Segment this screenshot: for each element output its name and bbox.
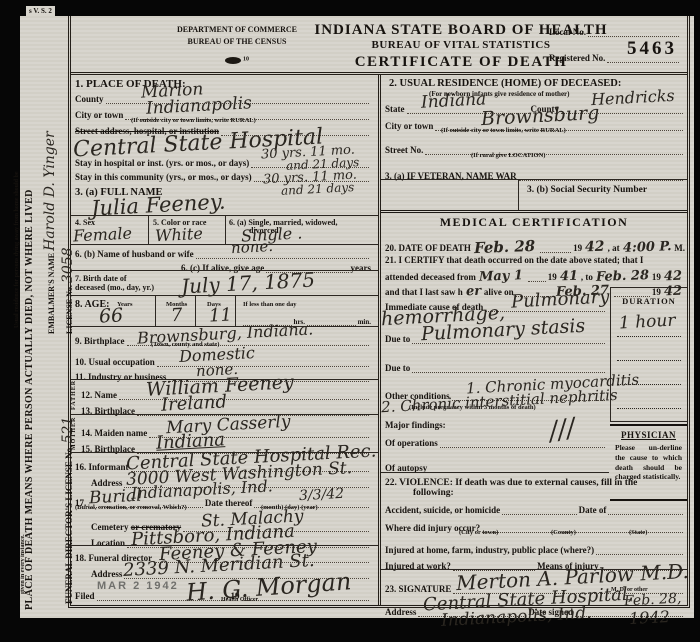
attended-from-blank xyxy=(528,279,546,282)
injury-city-caption: (City or town) xyxy=(459,529,498,536)
form-header: DEPARTMENT OF COMMERCE BUREAU OF THE CEN… xyxy=(71,16,687,75)
date-of-death-label: 20. DATE OF DEATH xyxy=(385,244,471,253)
union-bug-number: 10 xyxy=(243,57,249,63)
registered-no-value: 5463 xyxy=(627,38,677,60)
county-label: County xyxy=(75,95,104,104)
physician-box: PHYSICIAN Please un-derline the cause to… xyxy=(610,424,687,501)
embalmer-license-field: LICENSE No. 3058 xyxy=(60,247,76,334)
spouse-value: none. xyxy=(231,237,274,257)
date-of-death-field: 20. DATE OF DEATH Feb. 28 19 42 , at 4:0… xyxy=(385,241,685,253)
date-thereof-label: Date thereof xyxy=(205,499,253,508)
veteran-label: 3. (a) IF VETERAN, NAME WAR xyxy=(385,172,517,181)
date-of-death-19: 19 xyxy=(573,244,582,253)
injured-home-label: Injured at home, farm, industry, public … xyxy=(385,546,594,555)
accident-date-blank xyxy=(608,512,683,515)
duration-box: DURATION 1 hour xyxy=(610,287,687,422)
stay-community-label: Stay in this community (yrs., or mos., o… xyxy=(75,173,252,182)
residence-state-value: Indiana xyxy=(421,89,487,112)
attended-from-label: attended deceased from xyxy=(385,273,476,282)
age-months-value: 7 xyxy=(170,305,183,327)
injured-work-label: Injured at work? xyxy=(385,562,451,571)
date-of-death-year: 42 xyxy=(585,241,605,253)
birthdate-label-line1: 7. Birth date of xyxy=(75,274,127,283)
date-signed-value: Feb. 28, xyxy=(624,591,682,610)
embalmer-name-value: Harold D. Yinger xyxy=(42,131,58,251)
cemetery-location-label: Location xyxy=(91,539,125,548)
department-block: DEPARTMENT OF COMMERCE BUREAU OF THE CEN… xyxy=(169,24,305,66)
residence-street-blank xyxy=(425,152,683,155)
date-of-death-blank xyxy=(540,250,571,253)
major-findings-label: Major findings: xyxy=(385,420,446,430)
age-years-value: 66 xyxy=(98,304,123,327)
title-line2: BUREAU OF VITAL STATISTICS xyxy=(311,39,611,51)
residence-medical-column: 2. USUAL RESIDENCE (HOME) OF DECEASED: (… xyxy=(381,75,687,605)
registered-no-blank xyxy=(607,60,679,63)
burial-value: Burial xyxy=(89,486,143,509)
if-alive-years-label: years xyxy=(351,264,372,273)
accident-label: Accident, suicide, or homicide xyxy=(385,506,500,515)
informant-label: 16. Informant xyxy=(75,463,129,472)
date-thereof-value: 3/3/42 xyxy=(299,486,345,504)
birthplace-label: 9. Birthplace xyxy=(75,337,125,346)
certify-line1: 21. I CERTIFY that death occurred on the… xyxy=(385,255,643,265)
ssn-label: 3. (b) Social Security Number xyxy=(527,185,647,195)
duration-value: 1 hour xyxy=(619,311,676,334)
union-bug-icon xyxy=(225,57,241,64)
last-saw-label: and that I last saw h xyxy=(385,288,463,297)
injured-home-blank xyxy=(596,552,683,555)
spouse-label: 6. (b) Name of husband or wife xyxy=(75,250,194,259)
father-birthplace-value: Ireland xyxy=(160,391,227,415)
local-no-field: Local No. xyxy=(549,28,681,37)
date-of-death-m: M. xyxy=(674,244,685,253)
place-of-death-column: FATHER MOTHER 1. PLACE OF DEATH: County … xyxy=(71,75,381,605)
spouse-blank xyxy=(196,256,369,259)
physician-address-label: Address xyxy=(385,608,416,617)
form-code: s V. S. 2 xyxy=(26,6,55,16)
last-saw-alive-label: alive on xyxy=(484,288,514,297)
residence-city-label: City or town xyxy=(385,122,433,131)
mother-section-label: MOTHER xyxy=(71,417,77,450)
injury-where-blank xyxy=(482,530,683,533)
margin-place-of-death-note: PLACE OF DEATH MEANS WHERE PERSON ACTUAL… xyxy=(24,189,35,610)
attended-to-year: 42 xyxy=(664,272,682,283)
funeral-director-address-label: Address xyxy=(91,570,122,579)
last-saw-year: 42 xyxy=(664,287,682,298)
accident-date-label: Date of xyxy=(579,506,607,515)
due-to-2-field: Due to xyxy=(385,364,607,373)
physician-title: PHYSICIAN xyxy=(610,430,687,440)
accident-blank xyxy=(502,512,577,515)
residence-street-label: Street No. xyxy=(385,146,423,155)
father-name-label: 12. Name xyxy=(81,391,117,400)
spouse-field: 6. (b) Name of husband or wife xyxy=(75,250,371,259)
birthdate-label-line2: deceased (mo., day, yr.) xyxy=(75,283,154,292)
operations-blank xyxy=(440,445,605,448)
certificate-form: DEPARTMENT OF COMMERCE BUREAU OF THE CEN… xyxy=(68,16,690,608)
medical-certification-title: MEDICAL CERTIFICATION xyxy=(381,215,687,230)
father-birthplace-label: 13. Birthplace xyxy=(81,407,135,416)
last-saw-her: er xyxy=(466,287,481,298)
local-no-label: Local No. xyxy=(549,28,586,37)
attended-from-value: May 1 xyxy=(479,271,523,283)
violence-line2: following: xyxy=(413,488,454,498)
residence-street-caption: (If rural give LOCATION) xyxy=(471,152,545,159)
veteran-field: 3. (a) IF VETERAN, NAME WAR xyxy=(385,172,685,181)
scan-artifact xyxy=(0,618,700,642)
attended-to-label: , to xyxy=(581,273,593,282)
residence-state-label: State xyxy=(385,105,405,114)
date-of-death-at: , at xyxy=(608,244,620,253)
injury-state-caption: (State) xyxy=(629,529,647,536)
occupation-label: 10. Usual occupation xyxy=(75,358,155,367)
due-to-1-label: Due to xyxy=(385,335,410,344)
injury-county-caption: (County) xyxy=(551,529,576,536)
local-no-blank xyxy=(588,34,679,37)
scanned-death-certificate: s V. S. 2 Usual residence for persons dy… xyxy=(0,0,700,642)
cemetery-label: Cemetery xyxy=(91,523,128,532)
embalmer-license-label: LICENSE No. xyxy=(65,285,74,334)
operations-label: Of operations xyxy=(385,439,438,448)
department-line2: BUREAU OF THE CENSUS xyxy=(169,36,305,48)
due-to-2-label: Due to xyxy=(385,364,410,373)
embalmer-license-value: 3058 xyxy=(60,247,76,283)
age-less-header: If less than one day xyxy=(243,301,296,308)
filed-date-stamp: MAR 2 1942 xyxy=(97,580,179,592)
section2-title: 2. USUAL RESIDENCE (HOME) OF DECEASED: xyxy=(389,78,621,89)
race-value: White xyxy=(155,224,204,245)
mother-maiden-label: 14. Maiden name xyxy=(81,429,147,438)
sex-value: Female xyxy=(73,223,133,245)
funeral-director-license-label: FUNERAL DIRECTOR'S LICENSE No. xyxy=(64,446,74,604)
attended-to-value: Feb. 28 xyxy=(596,271,649,283)
scan-artifact xyxy=(694,0,700,642)
violence-line1: 22. VIOLENCE: If death was due to extern… xyxy=(385,478,637,488)
department-line1: DEPARTMENT OF COMMERCE xyxy=(169,24,305,36)
registered-no-label: Registered No. xyxy=(549,54,605,63)
injured-home-field: Injured at home, farm, industry, public … xyxy=(385,546,685,555)
stay-community-value2: and 21 days xyxy=(281,180,355,198)
operations-value: /// xyxy=(547,413,578,447)
scan-artifact xyxy=(0,0,700,16)
embalmer-name-field: EMBALMER'S NAME Harold D. Yinger xyxy=(42,131,58,334)
attended-from-19: 19 xyxy=(548,273,557,282)
date-of-death-value: Feb. 28 xyxy=(474,240,536,254)
accident-field: Accident, suicide, or homicide Date of xyxy=(385,506,685,515)
union-bug: 10 xyxy=(169,54,305,66)
attended-from-year: 41 xyxy=(560,272,578,283)
date-signed-value2: 1942 xyxy=(629,607,671,628)
city-label: City or town xyxy=(75,111,123,120)
embalmer-name-label: EMBALMER'S NAME xyxy=(47,253,56,334)
certificate-paper: Usual residence for persons dying away f… xyxy=(20,16,694,618)
attended-to-19: 19 xyxy=(652,273,661,282)
father-section-label: FATHER xyxy=(71,380,77,410)
date-of-death-time: 4:00 P. xyxy=(622,242,671,254)
margin-note-line1: Usual residence for persons dying away f… xyxy=(14,171,20,328)
certify-line2: attended deceased from May 1 19 41 , to … xyxy=(385,272,685,282)
filed-label: Filed xyxy=(75,592,95,601)
